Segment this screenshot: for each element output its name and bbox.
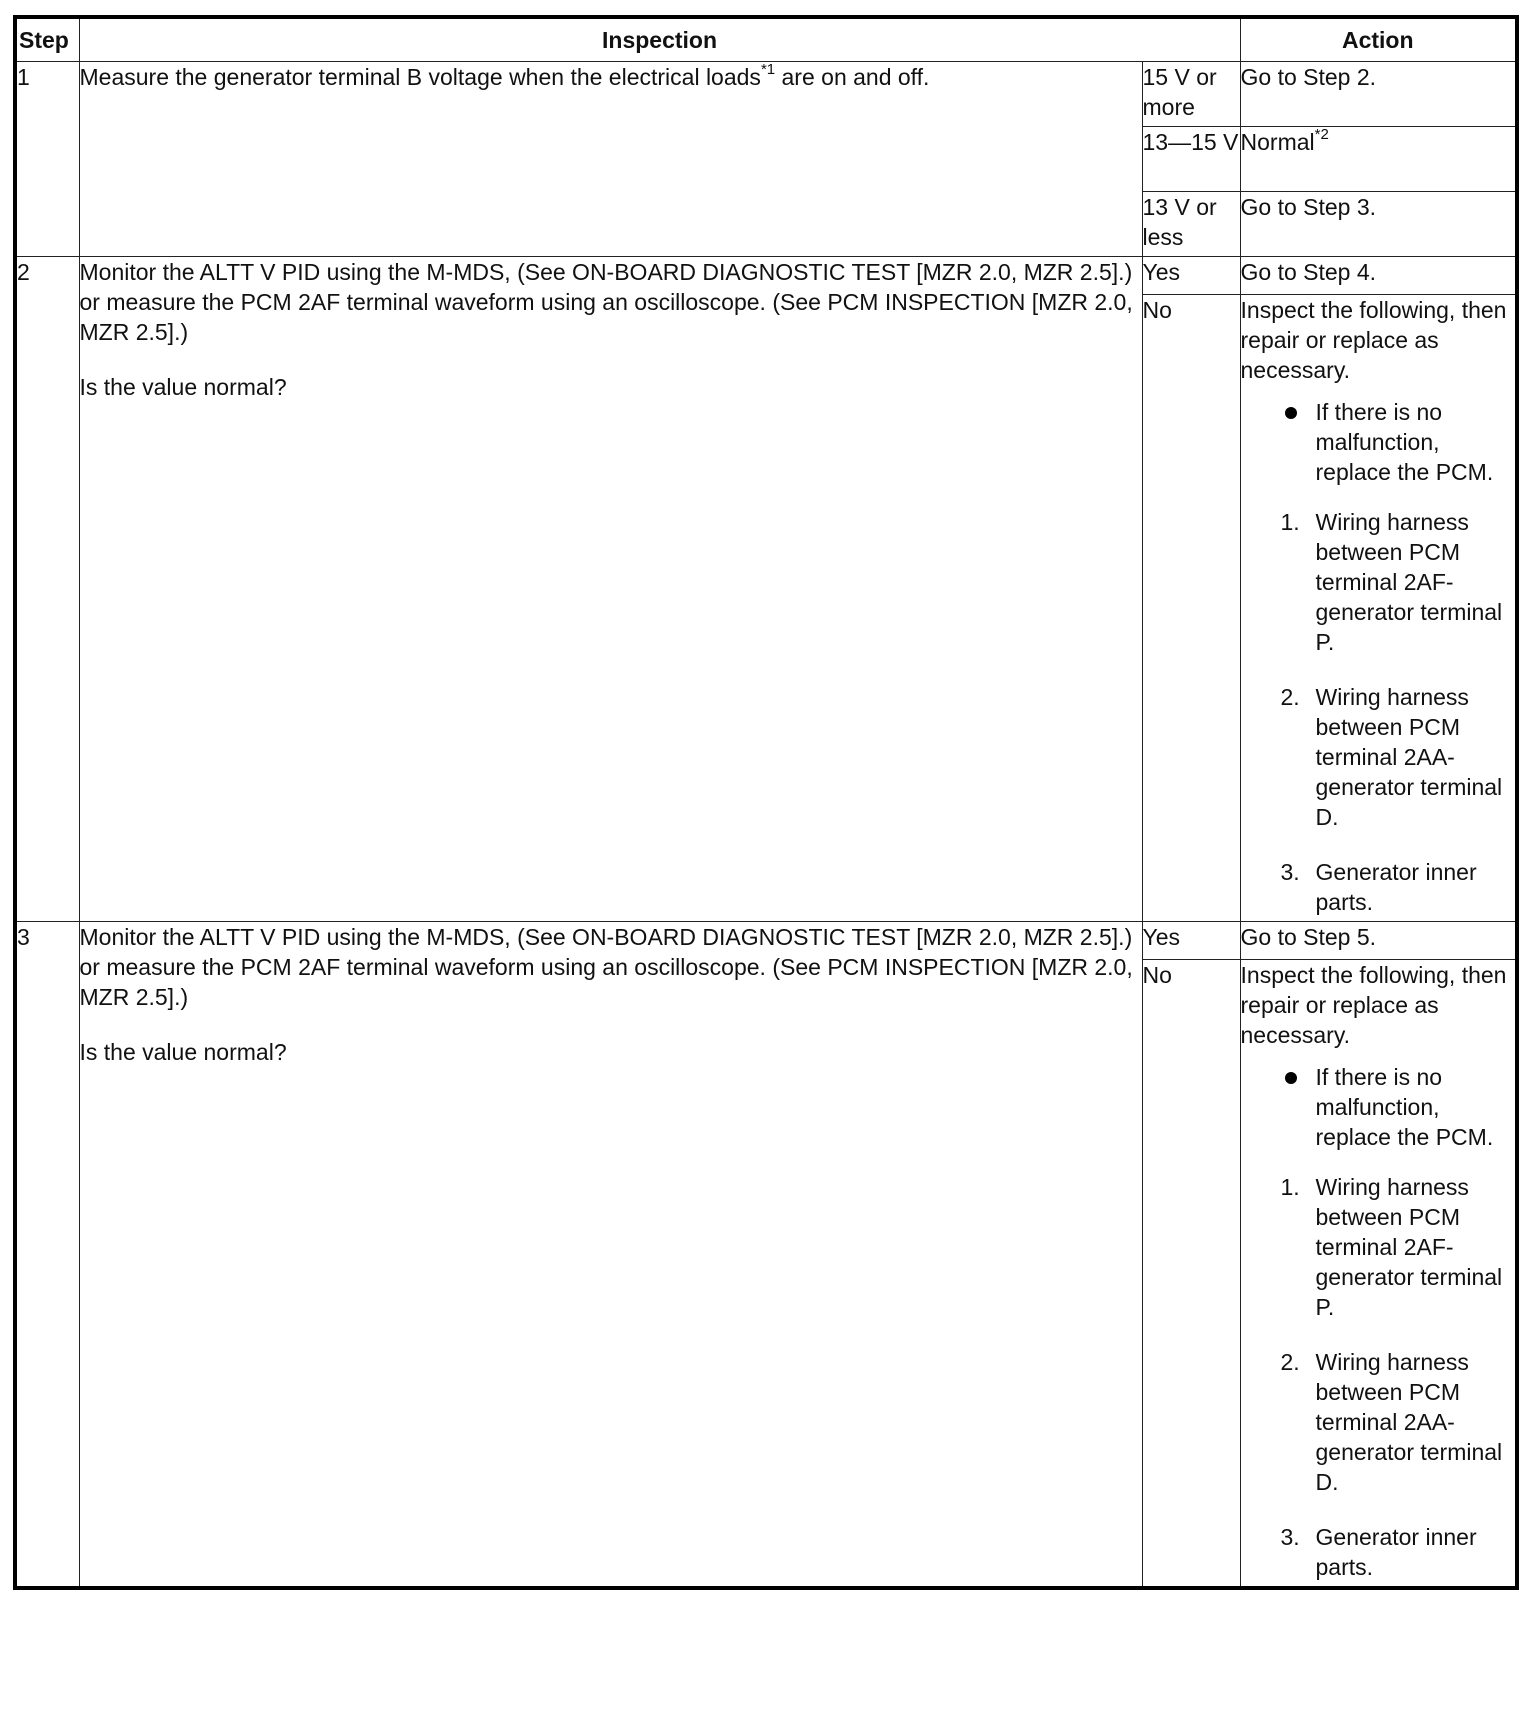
bullet-list: If there is no malfunction, replace the … <box>1241 397 1516 487</box>
result-condition: 13—15 V <box>1142 127 1240 192</box>
diagnostic-procedure-table: Step Inspection Action 1 Measure the gen… <box>13 15 1519 1590</box>
action-cell: Inspect the following, then repair or re… <box>1240 295 1517 922</box>
item-text: Wiring harness between PCM terminal 2AA-… <box>1316 684 1503 830</box>
inspection-cell: Monitor the ALTT V PID using the M-MDS, … <box>79 257 1142 922</box>
bullet-dot-icon <box>1285 407 1297 419</box>
step-number: 1 <box>15 62 79 257</box>
action-intro: Inspect the following, then repair or re… <box>1241 960 1516 1050</box>
action-text: Normal <box>1241 129 1315 155</box>
item-text: Generator inner parts. <box>1316 1524 1477 1580</box>
result-no: No <box>1142 295 1240 922</box>
action-intro: Inspect the following, then repair or re… <box>1241 295 1516 385</box>
item-number: 2. <box>1281 682 1300 712</box>
table-row: 2 Monitor the ALTT V PID using the M-MDS… <box>15 257 1517 295</box>
item-text: Wiring harness between PCM terminal 2AA-… <box>1316 1349 1503 1495</box>
step-number: 3 <box>15 922 79 1589</box>
inspection-text: Measure the generator terminal B voltage… <box>80 64 761 90</box>
list-item: 2.Wiring harness between PCM terminal 2A… <box>1241 682 1516 832</box>
header-action: Action <box>1240 17 1517 62</box>
inspection-items-list: 1.Wiring harness between PCM terminal 2A… <box>1241 1172 1516 1582</box>
inspection-text-end: are on and off. <box>775 64 929 90</box>
header-step: Step <box>15 17 79 62</box>
table-row: 3 Monitor the ALTT V PID using the M-MDS… <box>15 922 1517 960</box>
action-cell: Go to Step 2. <box>1240 62 1517 127</box>
inspection-items-list: 1.Wiring harness between PCM terminal 2A… <box>1241 507 1516 917</box>
item-number: 1. <box>1281 1172 1300 1202</box>
inspection-question: Is the value normal? <box>80 1037 1142 1067</box>
table-row: 1 Measure the generator terminal B volta… <box>15 62 1517 127</box>
header-inspection: Inspection <box>79 17 1240 62</box>
inspection-cell: Monitor the ALTT V PID using the M-MDS, … <box>79 922 1142 1589</box>
item-text: Generator inner parts. <box>1316 859 1477 915</box>
bullet-text: If there is no malfunction, replace the … <box>1316 1064 1494 1150</box>
item-number: 2. <box>1281 1347 1300 1377</box>
result-yes: Yes <box>1142 922 1240 960</box>
action-text: Go to Step 5. <box>1241 924 1377 950</box>
action-cell: Normal*2 <box>1240 127 1517 192</box>
inspection-cell: Measure the generator terminal B voltage… <box>79 62 1142 257</box>
bullet-text: If there is no malfunction, replace the … <box>1316 399 1494 485</box>
inspection-text: Monitor the ALTT V PID using the M-MDS, … <box>80 257 1142 347</box>
result-condition: 15 V or more <box>1142 62 1240 127</box>
list-item: 1.Wiring harness between PCM terminal 2A… <box>1241 507 1516 657</box>
footnote-ref: *2 <box>1315 126 1329 143</box>
list-item: 1.Wiring harness between PCM terminal 2A… <box>1241 1172 1516 1322</box>
step-number: 2 <box>15 257 79 922</box>
list-item: 2.Wiring harness between PCM terminal 2A… <box>1241 1347 1516 1497</box>
item-number: 3. <box>1281 1522 1300 1552</box>
item-text: Wiring harness between PCM terminal 2AF-… <box>1316 1174 1503 1320</box>
inspection-text: Monitor the ALTT V PID using the M-MDS, … <box>80 922 1142 1012</box>
result-no: No <box>1142 960 1240 1589</box>
list-item: 3.Generator inner parts. <box>1241 857 1516 917</box>
action-cell: Go to Step 3. <box>1240 192 1517 257</box>
bullet-item: If there is no malfunction, replace the … <box>1241 1062 1516 1152</box>
bullet-dot-icon <box>1285 1072 1297 1084</box>
header-row: Step Inspection Action <box>15 17 1517 62</box>
item-number: 3. <box>1281 857 1300 887</box>
footnote-ref: *1 <box>761 61 775 78</box>
list-item: 3.Generator inner parts. <box>1241 1522 1516 1582</box>
action-cell: Go to Step 5. <box>1240 922 1517 960</box>
action-cell: Inspect the following, then repair or re… <box>1240 960 1517 1589</box>
inspection-question: Is the value normal? <box>80 372 1142 402</box>
action-text: Go to Step 3. <box>1241 194 1377 220</box>
item-number: 1. <box>1281 507 1300 537</box>
action-cell: Go to Step 4. <box>1240 257 1517 295</box>
result-condition: 13 V or less <box>1142 192 1240 257</box>
result-yes: Yes <box>1142 257 1240 295</box>
action-text: Go to Step 4. <box>1241 259 1377 285</box>
item-text: Wiring harness between PCM terminal 2AF-… <box>1316 509 1503 655</box>
action-text: Go to Step 2. <box>1241 64 1377 90</box>
bullet-list: If there is no malfunction, replace the … <box>1241 1062 1516 1152</box>
bullet-item: If there is no malfunction, replace the … <box>1241 397 1516 487</box>
